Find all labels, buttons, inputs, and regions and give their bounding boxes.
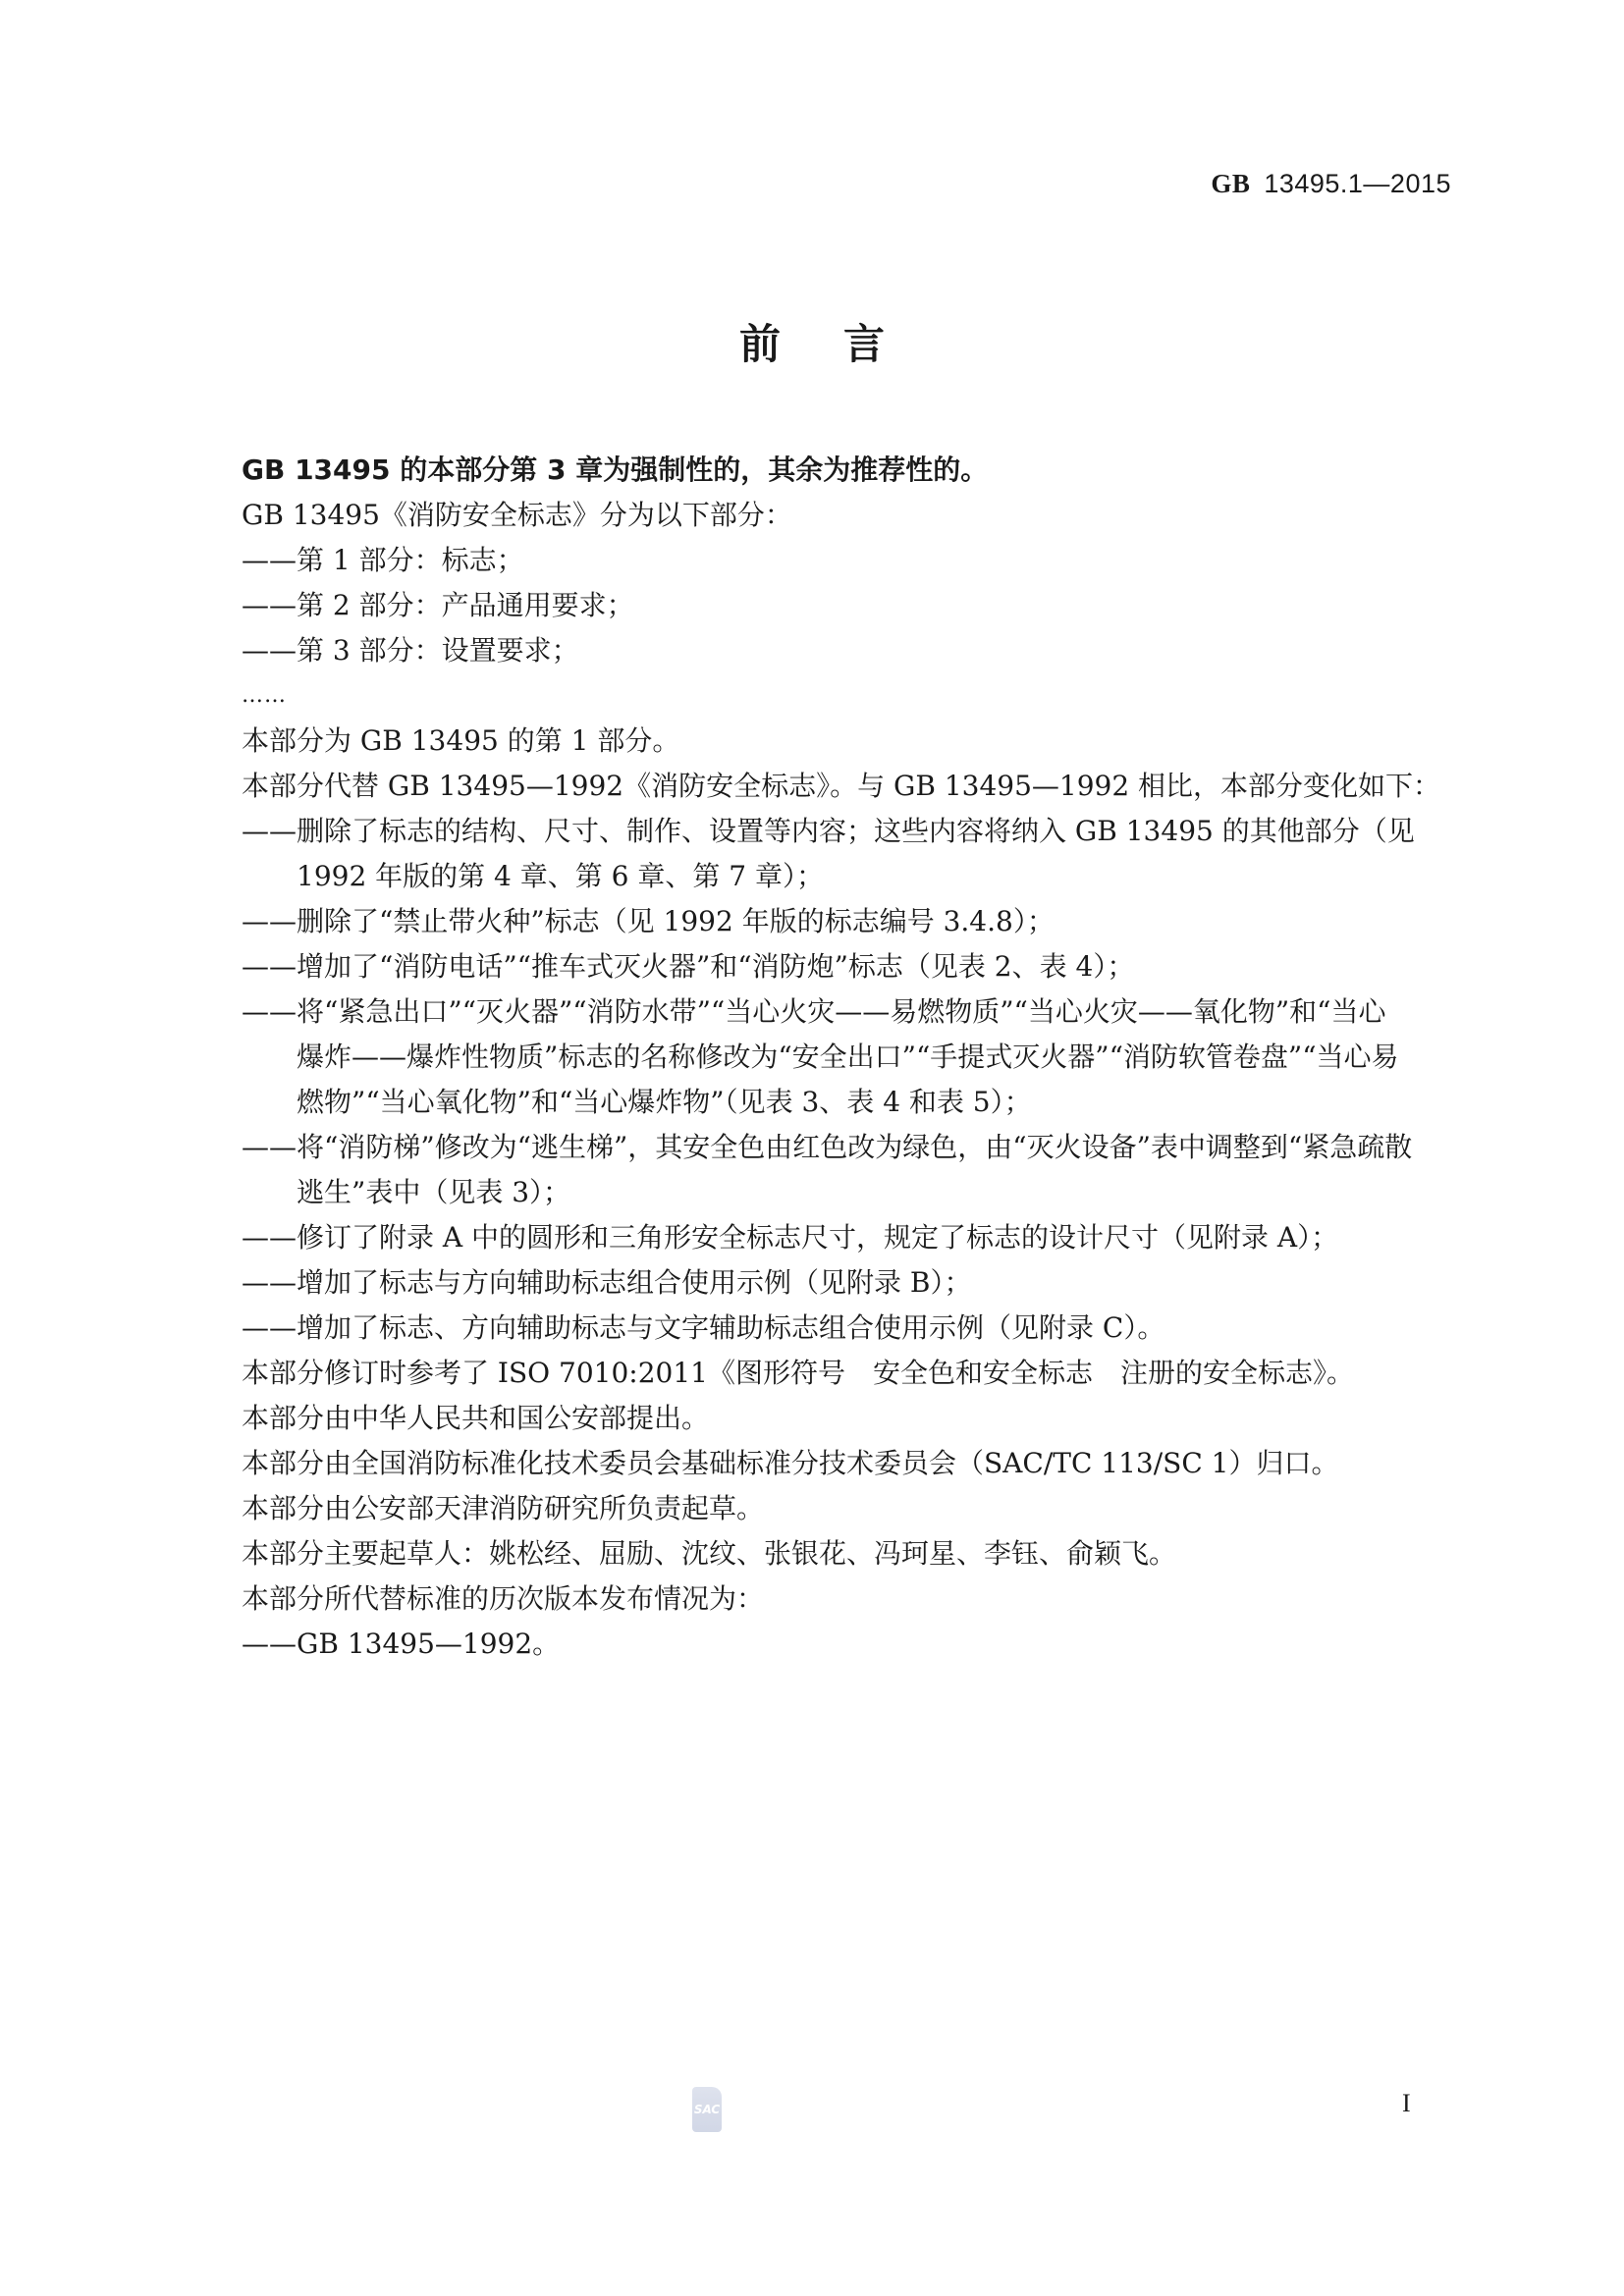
history-intro: 本部分所代替标准的历次版本发布情况为： (242, 1576, 1454, 1622)
change-item: ——增加了标志与方向辅助标志组合使用示例（见附录 B）； (242, 1260, 1454, 1306)
history-item: ——GB 13495—1992。 (242, 1622, 1454, 1667)
change-item: ——增加了“消防电话”“推车式灭火器”和“消防炮”标志（见表 2、表 4）； (242, 944, 1454, 989)
change-item: ——修订了附录 A 中的圆形和三角形安全标志尺寸，规定了标志的设计尺寸（见附录 … (242, 1215, 1454, 1260)
change-item-continuation: 逃生”表中（见表 3）； (242, 1170, 1454, 1215)
drafter-org-statement: 本部分由公安部天津消防研究所负责起草。 (242, 1486, 1454, 1531)
part-list-item: ——第 3 部分：设置要求； (242, 628, 1454, 673)
change-item: ——增加了标志、方向辅助标志与文字辅助标志组合使用示例（见附录 C）。 (242, 1306, 1454, 1351)
change-item: ——将“消防梯”修改为“逃生梯”，其安全色由红色改为绿色，由“灭火设备”表中调整… (242, 1125, 1454, 1170)
drafters-statement: 本部分主要起草人：姚松经、屈励、沈纹、张银花、冯珂星、李钰、俞颖飞。 (242, 1531, 1454, 1576)
standard-code-header: GB13495.1—2015 (1211, 169, 1451, 199)
change-item-continuation: 爆炸——爆炸性物质”标志的名称修改为“安全出口”“手提式灭火器”“消防软管卷盘”… (242, 1035, 1454, 1080)
part-list-item: ——第 2 部分：产品通用要求； (242, 583, 1454, 628)
page-number: I (1402, 2089, 1411, 2118)
change-item-continuation: 燃物”“当心氧化物”和“当心爆炸物”（见表 3、表 4 和表 5）； (242, 1080, 1454, 1125)
change-item: ——将“紧急出口”“灭火器”“消防水带”“当心火灾——易燃物质”“当心火灾——氧… (242, 989, 1454, 1035)
sac-logo: SAC (692, 2087, 722, 2132)
reference-statement: 本部分修订时参考了 ISO 7010:2011《图形符号 安全色和安全标志 注册… (242, 1351, 1454, 1396)
standard-prefix: GB (1211, 169, 1250, 198)
committee-statement: 本部分由全国消防标准化技术委员会基础标准分技术委员会（SAC/TC 113/SC… (242, 1441, 1454, 1486)
mandatory-statement: GB 13495 的本部分第 3 章为强制性的，其余为推荐性的。 (242, 448, 1454, 493)
foreword-body: GB 13495 的本部分第 3 章为强制性的，其余为推荐性的。 GB 1349… (242, 448, 1454, 1667)
part-list-item: ——第 1 部分：标志； (242, 538, 1454, 583)
proposer-statement: 本部分由中华人民共和国公安部提出。 (242, 1396, 1454, 1441)
standard-number: 13495.1—2015 (1264, 169, 1451, 198)
parts-intro: GB 13495《消防安全标志》分为以下部分： (242, 493, 1454, 538)
replacement-statement: 本部分代替 GB 13495—1992《消防安全标志》。与 GB 13495—1… (242, 764, 1454, 809)
change-item-continuation: 1992 年版的第 4 章、第 6 章、第 7 章）； (242, 854, 1454, 899)
page-title: 前言 (0, 312, 1624, 371)
part-statement: 本部分为 GB 13495 的第 1 部分。 (242, 719, 1454, 764)
change-item: ——删除了“禁止带火种”标志（见 1992 年版的标志编号 3.4.8）； (242, 899, 1454, 944)
ellipsis: …… (242, 673, 1454, 719)
change-item: ——删除了标志的结构、尺寸、制作、设置等内容；这些内容将纳入 GB 13495 … (242, 809, 1454, 854)
